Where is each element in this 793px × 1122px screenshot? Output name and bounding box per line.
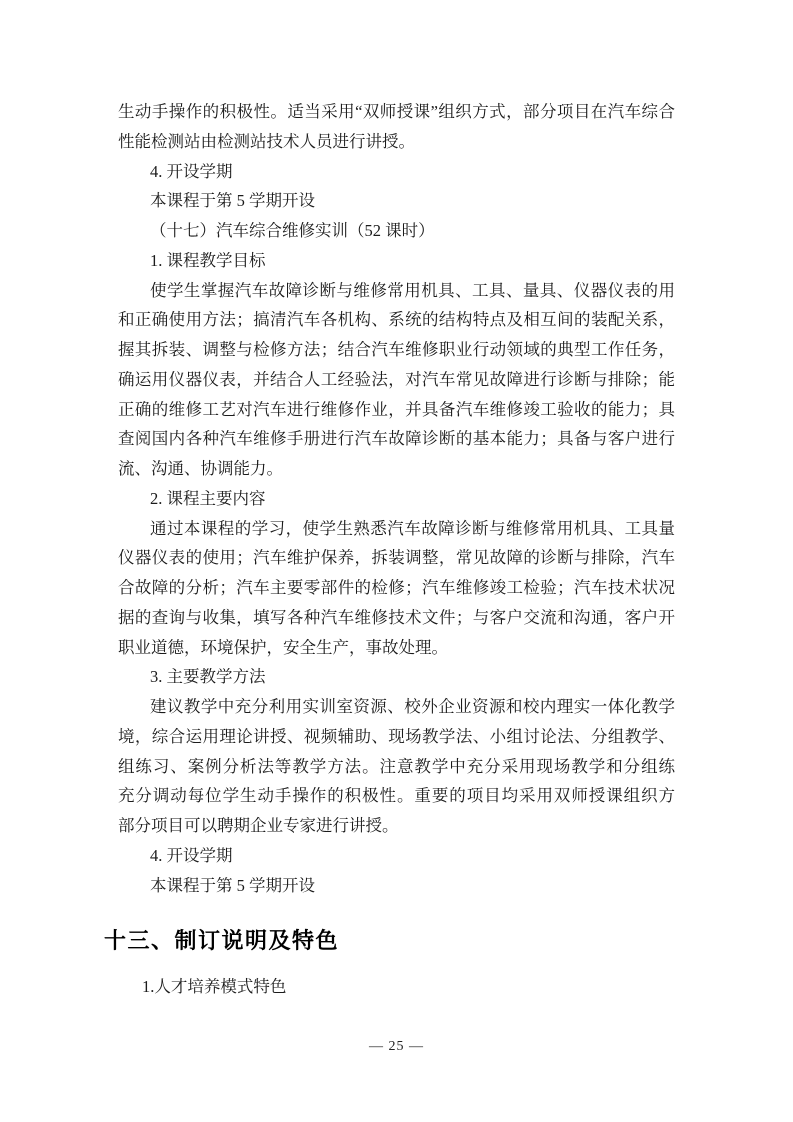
text-line: 确运用仪器仪表，并结合人工经验法，对汽车常见故障进行诊断与排除；能按 [118, 365, 675, 395]
text-line: 本课程于第 5 学期开设 [118, 186, 675, 216]
text-line: 正确的维修工艺对汽车进行维修作业，并具备汽车维修竣工验收的能力；具备 [118, 395, 675, 425]
page-number: — 25 — [369, 1039, 424, 1054]
section-heading: 十三、制订说明及特色 [104, 924, 339, 955]
text-line: 3. 主要教学方法 [118, 662, 675, 692]
text-line: 4. 开设学期 [118, 841, 675, 871]
text-line: 使学生掌握汽车故障诊断与维修常用机具、工具、量具、仪器仪表的用途 [118, 276, 675, 306]
document-page: 生动手操作的积极性。适当采用“双师授课”组织方式，部分项目在汽车综合 性能检测站… [0, 0, 793, 1122]
text-line: 性能检测站由检测站技术人员进行讲授。 [118, 127, 675, 157]
text-line: 通过本课程的学习，使学生熟悉汽车故障诊断与维修常用机具、工具量具、 [118, 514, 675, 544]
text-line: 2. 课程主要内容 [118, 484, 675, 514]
subsection-item: 1.人才培养模式特色 [142, 975, 286, 999]
text-line: （十七）汽车综合维修实训（52 课时） [118, 216, 675, 246]
text-line: 查阅国内各种汽车维修手册进行汽车故障诊断的基本能力；具备与客户进行交 [118, 424, 675, 454]
text-line: 流、沟通、协调能力。 [118, 454, 675, 484]
document-body: 生动手操作的积极性。适当采用“双师授课”组织方式，部分项目在汽车综合 性能检测站… [118, 97, 675, 900]
text-line: 仪器仪表的使用；汽车维护保养，拆装调整，常见故障的诊断与排除，汽车综 [118, 543, 675, 573]
text-line: 部分项目可以聘期企业专家进行讲授。 [118, 811, 675, 841]
text-line: 1. 课程教学目标 [118, 246, 675, 276]
text-line: 生动手操作的积极性。适当采用“双师授课”组织方式，部分项目在汽车综合 [118, 97, 675, 127]
text-line: 本课程于第 5 学期开设 [118, 871, 675, 901]
text-line: 据的查询与收集，填写各种汽车维修技术文件；与客户交流和沟通，客户开发； [118, 603, 675, 633]
text-line: 合故障的分析；汽车主要零部件的检修；汽车维修竣工检验；汽车技术状况数 [118, 573, 675, 603]
text-line: 境，综合运用理论讲授、视频辅助、现场教学法、小组讨论法、分组教学、分 [118, 722, 675, 752]
text-line: 4. 开设学期 [118, 157, 675, 187]
text-line: 充分调动每位学生动手操作的积极性。重要的项目均采用双师授课组织方式， [118, 781, 675, 811]
text-line: 职业道德，环境保护，安全生产，事故处理。 [118, 633, 675, 663]
text-line: 组练习、案例分析法等教学方法。注意教学中充分采用现场教学和分组练习， [118, 752, 675, 782]
text-line: 建议教学中充分利用实训室资源、校外企业资源和校内理实一体化教学环 [118, 692, 675, 722]
text-line: 和正确使用方法；搞清汽车各机构、系统的结构特点及相互间的装配关系，掌 [118, 305, 675, 335]
page-footer: — 25 — [0, 1039, 793, 1055]
text-line: 握其拆装、调整与检修方法；结合汽车维修职业行动领域的典型工作任务，正 [118, 335, 675, 365]
